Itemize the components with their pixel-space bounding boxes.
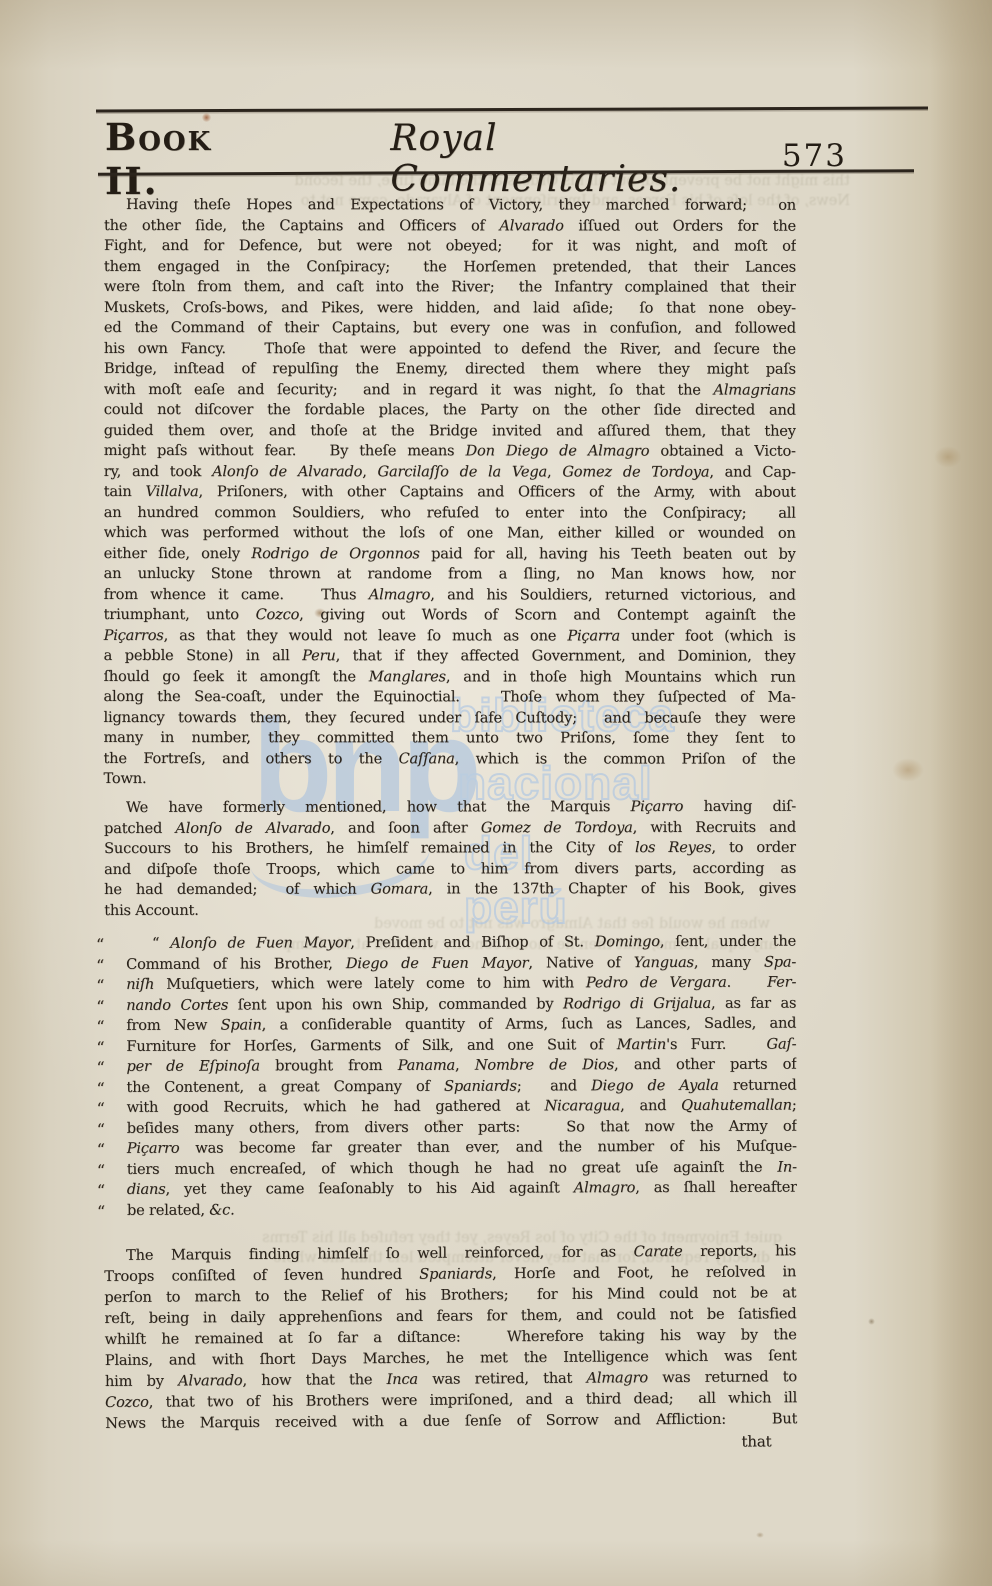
text-line: along the Sea-coaſt, under the Equinocti… — [104, 688, 796, 709]
margin-quote-mark: “ — [96, 1057, 126, 1078]
margin-quote-mark: “ — [96, 1016, 126, 1037]
page-edge-shadow-right — [930, 0, 992, 1586]
text-line: Bridge, inſtead of repulſing the Enemy, … — [104, 360, 796, 381]
text-line: with moſt eaſe and ſecurity; and in rega… — [104, 380, 796, 401]
margin-quote-mark: “ — [96, 934, 126, 955]
page-edge-shadow-bottom — [0, 1540, 992, 1586]
text-line: “niſh Muſquetiers, which were lately com… — [96, 973, 796, 996]
margin-quote-mark: “ — [97, 1098, 127, 1119]
text-line: and diſpoſe thoſe Troops, which came to … — [104, 859, 796, 881]
text-line: “Command of his Brother, Diego de Fuen M… — [96, 953, 796, 976]
text-line: a pebble Stone) in all Peru, that if the… — [104, 647, 796, 668]
text-line: We have formerly mentioned, how that the… — [104, 797, 796, 819]
margin-quote-mark: “ — [97, 1119, 127, 1140]
margin-quote-mark: “ — [97, 1139, 127, 1160]
text-line: triumphant, unto Cozco, giving out Words… — [104, 606, 796, 627]
scanned-book-page: this might not be prevented, but all his… — [0, 0, 992, 1586]
margin-quote-mark: “ — [96, 955, 126, 976]
text-line: “from New Spain, a conſiderable quantity… — [96, 1014, 796, 1037]
margin-quote-mark: “ — [97, 1160, 127, 1181]
block-quote: ““ Alonſo de Fuen Mayor, Preſident and B… — [96, 932, 797, 1221]
text-line: either ſide, onely Rodrigo de Orgonnos p… — [104, 544, 796, 565]
margin-quote-mark: “ — [97, 1180, 127, 1201]
text-line: could not diſcover the fordable places, … — [104, 401, 796, 422]
text-line: Succours to his Brothers, he himſelf rem… — [104, 838, 796, 860]
text-line: “Furniture for Horſes, Garments of Silk,… — [96, 1035, 796, 1058]
margin-quote-mark: “ — [97, 1078, 127, 1099]
text-line: which was performed without the loſs of … — [104, 524, 796, 545]
text-line: the Fortreſs, and others to the Caſſana,… — [103, 749, 795, 770]
stain — [934, 446, 962, 468]
show-through-line: this might not be prevented, but all his… — [150, 173, 850, 189]
stain — [756, 1532, 764, 1538]
text-line: them engaged in the Conſpiracy; the Horſ… — [104, 257, 796, 278]
text-line: ed the Command of their Captains, but ev… — [104, 319, 796, 340]
stain — [202, 113, 211, 122]
text-line: “beſides many others, from divers other … — [97, 1117, 797, 1140]
text-line: “the Contenent, a great Company of Spani… — [97, 1076, 797, 1099]
text-line: an unlucky Stone thrown at randome from … — [104, 565, 796, 586]
text-line: were ſtoln from them, and caſt into the … — [104, 278, 796, 299]
text-line: his own Fancy. Thoſe that were appointed… — [104, 339, 796, 360]
text-line: Muskets, Croſs-bows, and Pikes, were hid… — [104, 298, 796, 319]
paragraph: Having theſe Hopes and Expectations of V… — [103, 196, 796, 791]
text-line: he had demanded; of which Gomara, in the… — [104, 879, 796, 901]
text-line: “per de Eſpinoſa brought from Panama, No… — [96, 1055, 796, 1078]
closing-paragraph-wrap: The Marquis finding himſelf ſo well rein… — [104, 1242, 797, 1455]
running-head: Book II. Royal Commentaries. 573 — [105, 115, 885, 203]
text-line: this Account. — [104, 900, 796, 922]
text-line: patched Alonſo de Alvarado, and ſoon aft… — [104, 818, 796, 840]
text-column: Having theſe Hopes and Expectations of V… — [104, 196, 796, 1455]
text-line: ““ Alonſo de Fuen Mayor, Preſident and B… — [96, 932, 796, 955]
text-line: News the Marquis received with a due ſen… — [105, 1410, 797, 1436]
stain — [892, 758, 924, 782]
text-line: Fight, and for Defence, but were not obe… — [104, 237, 796, 258]
text-line: from whence it came. Thus Almagro, and h… — [104, 585, 796, 606]
text-line: “tiers much encreaſed, of which though h… — [97, 1158, 797, 1181]
text-line: “with good Recruits, which he had gather… — [97, 1096, 797, 1119]
text-line: “nando Cortes ſent upon his own Ship, co… — [96, 994, 796, 1017]
text-line: Town. — [103, 770, 795, 791]
text-line: the other ſide, the Captains and Officer… — [104, 217, 796, 238]
text-line: tain Villalva, Priſoners, with other Cap… — [104, 483, 796, 504]
margin-quote-mark: “ — [97, 1201, 127, 1222]
text-line: “be related, &c. — [97, 1199, 797, 1222]
stain — [868, 1318, 875, 1325]
text-line: Having theſe Hopes and Expectations of V… — [104, 196, 796, 217]
page-edge-shadow-top — [0, 0, 992, 70]
text-line: ſhould go ſeek it amongſt the Manglares,… — [104, 667, 796, 688]
text-line: Piçarros, as that they would not leave ſ… — [104, 626, 796, 647]
paragraph: The Marquis finding himſelf ſo well rein… — [104, 1242, 797, 1436]
text-line: “Piçarro was become far greater than eve… — [97, 1137, 797, 1160]
text-line: might paſs without fear. By theſe means … — [104, 442, 796, 463]
text-line: guided them over, and thoſe at the Bridg… — [104, 421, 796, 442]
text-line: ry, and took Alonſo de Alvarado, Garcila… — [104, 462, 796, 483]
text-line: lignancy towards them, they ſecured unde… — [104, 708, 796, 729]
paragraph: We have formerly mentioned, how that the… — [104, 797, 796, 921]
margin-quote-mark: “ — [96, 996, 126, 1017]
text-line: an hundred common Souldiers, who refuſed… — [104, 503, 796, 524]
text-line: “dians, yet they came ſeaſonably to his … — [97, 1178, 797, 1201]
text-line: many in number, they committed them unto… — [104, 729, 796, 750]
header-rule-top — [96, 107, 928, 113]
margin-quote-mark: “ — [96, 975, 126, 996]
margin-quote-mark: “ — [96, 1037, 126, 1058]
book-label: Book II. — [105, 115, 272, 203]
